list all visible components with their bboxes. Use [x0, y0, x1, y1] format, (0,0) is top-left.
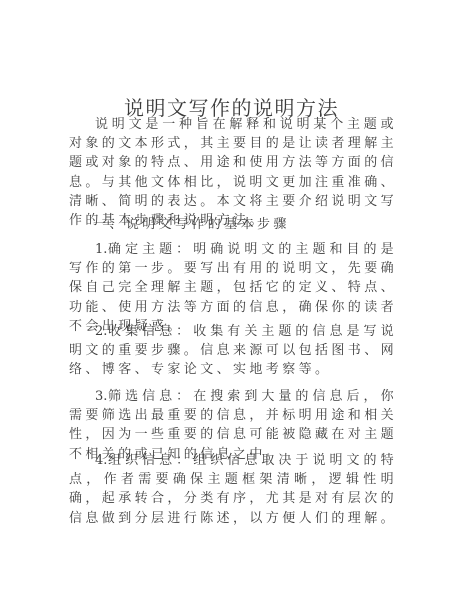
step-number: 2. — [95, 324, 107, 339]
step-number: 4. — [95, 453, 107, 468]
section-heading: 一、说明文写作的基本步骤 — [93, 215, 290, 234]
step-text: 收集信息：收集有关主题的信息是写说明文的重要步骤。信息来源可以包括图书、网络、博… — [69, 324, 397, 377]
step-text: 确定主题：明确说明文的主题和目的是写作的第一步。要写出有用的说明文，先要确保自己… — [69, 242, 397, 334]
intro-paragraph: 说明文是一种旨在解释和说明某个主题或对象的文本形式，其主要目的是让读者理解主题或… — [69, 115, 397, 230]
step-text: 组织信息：组织信息取决于说明文的特点，作者需要确保主题框架清晰，逻辑性明确，起承… — [69, 453, 397, 526]
step-number: 3. — [95, 389, 107, 404]
document-page: 说明文写作的说明方法 说明文是一种旨在解释和说明某个主题或对象的文本形式，其主要… — [0, 0, 463, 600]
step-paragraph-2: 2.收集信息：收集有关主题的信息是写说明文的重要步骤。信息来源可以包括图书、网络… — [69, 322, 397, 380]
step-paragraph-4: 4.组织信息：组织信息取决于说明文的特点，作者需要确保主题框架清晰，逻辑性明确，… — [69, 451, 397, 528]
step-number: 1. — [95, 242, 107, 257]
